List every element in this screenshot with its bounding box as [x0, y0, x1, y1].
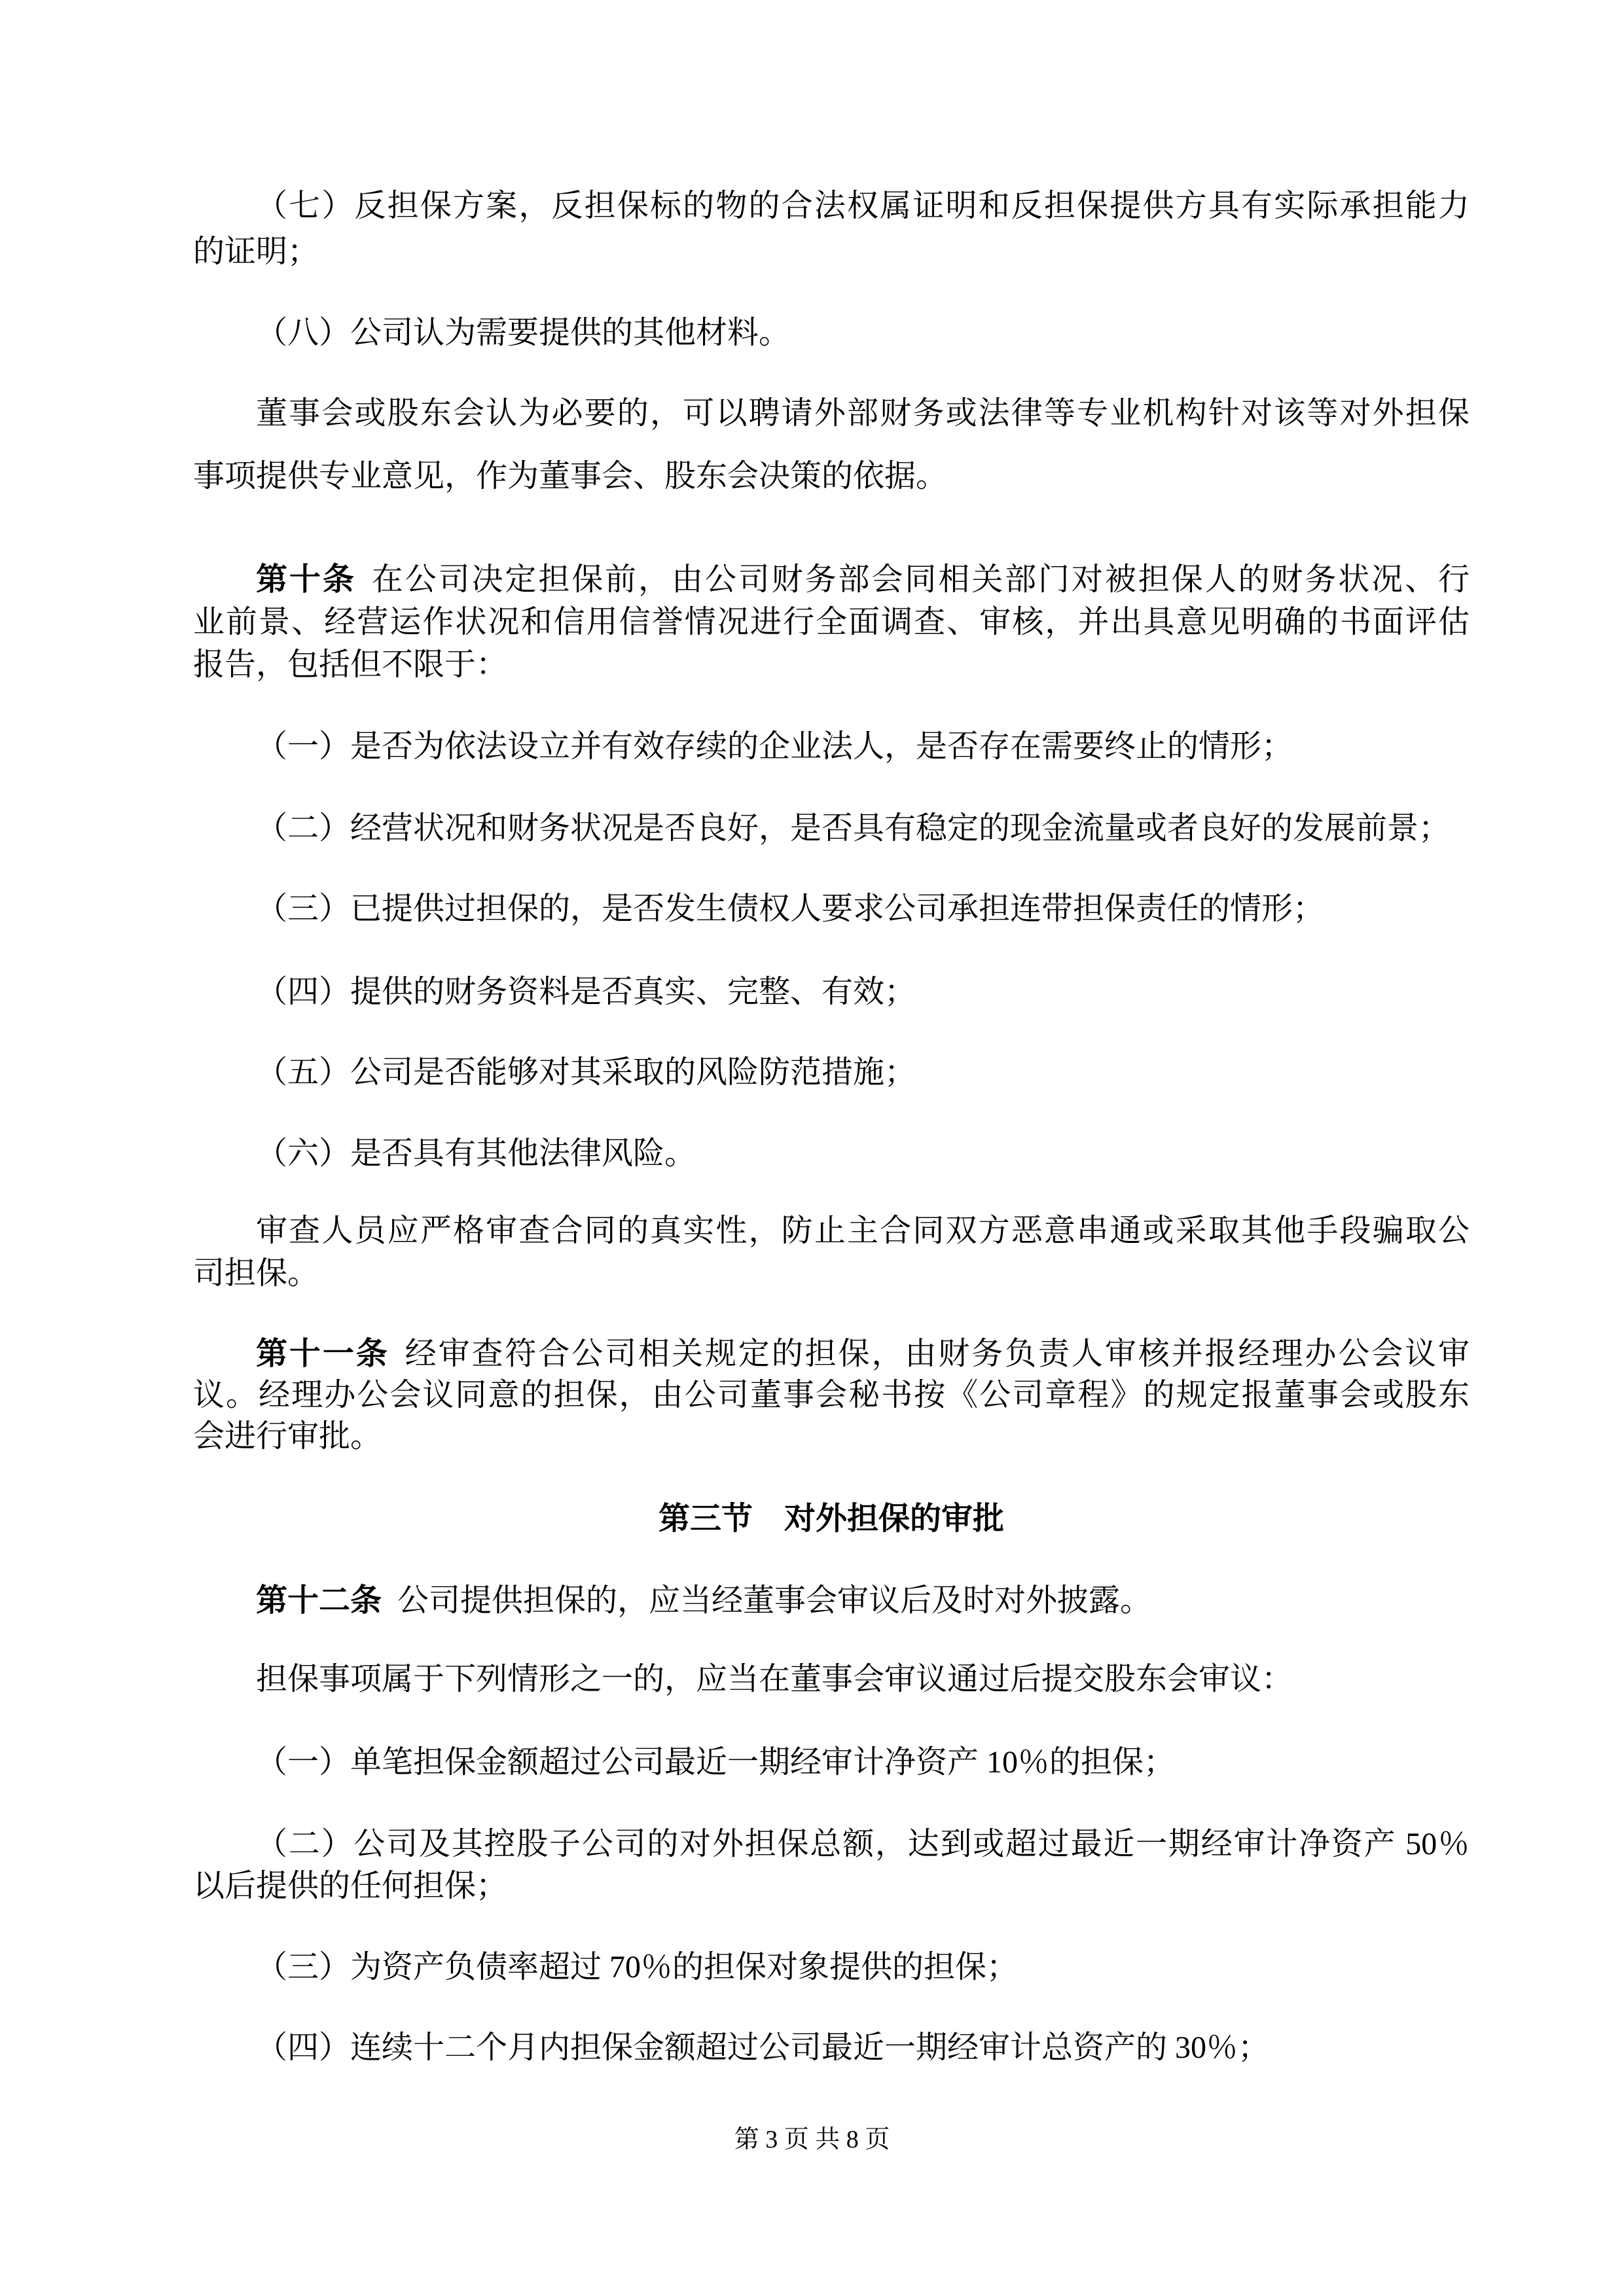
section-heading-text: 第三节 对外担保的审批: [659, 1501, 1004, 1536]
text-line: 第十二条公司提供担保的，应当经董事会审议后及时对外披露。: [193, 1579, 1470, 1622]
text-line: （六）是否具有其他法律风险。: [193, 1132, 1470, 1175]
article-12-text: 公司提供担保的，应当经董事会审议后及时对外披露。: [397, 1583, 1151, 1618]
text-line: （四）连续十二个月内担保金额超过公司最近一期经审计总资产的 30％；: [193, 2026, 1470, 2069]
article-11-paragraph: 第十一条经审查符合公司相关规定的担保，由财务负责人审核并报经理办公会议审 议。经…: [193, 1333, 1470, 1457]
text-line: 董事会或股东会认为必要的，可以聘请外部财务或法律等专业机构针对该等对外担保: [193, 382, 1470, 445]
text-line: 第十一条经审查符合公司相关规定的担保，由财务负责人审核并报经理办公会议审: [193, 1333, 1470, 1374]
text-line: 报告，包括但不限于：: [193, 643, 1470, 686]
text-line: （三）为资产负债率超过 70％的担保对象提供的担保；: [193, 1946, 1470, 1988]
text-line: 业前景、经营运作状况和信用信誉情况进行全面调查、审核，并出具意见明确的书面评估: [193, 601, 1470, 643]
text-line: 担保事项属于下列情形之一的，应当在董事会审议通过后提交股东会审议：: [193, 1658, 1470, 1700]
paragraph-review-staff: 审查人员应严格审查合同的真实性，防止主合同双方恶意串通或采取其他手段骗取公 司担…: [193, 1210, 1470, 1295]
list-item-6: （六）是否具有其他法律风险。: [193, 1132, 1470, 1175]
text-line: （三）已提供过担保的，是否发生债权人要求公司承担连带担保责任的情形；: [193, 888, 1470, 930]
paragraph-board-opinion: 董事会或股东会认为必要的，可以聘请外部财务或法律等专业机构针对该等对外担保 事项…: [193, 382, 1470, 508]
text-line: 第十条在公司决定担保前，由公司财务部会同相关部门对被担保人的财务状况、行: [193, 558, 1470, 601]
list-item-5: （五）公司是否能够对其采取的风险防范措施；: [193, 1051, 1470, 1094]
document-page: （七）反担保方案，反担保标的物的合法权属证明和反担保提供方具有实际承担能力 的证…: [0, 0, 1624, 2296]
text-line: （二）经营状况和财务状况是否良好，是否具有稳定的现金流量或者良好的发展前景；: [193, 807, 1470, 850]
text-line: （七）反担保方案，反担保标的物的合法权属证明和反担保提供方具有实际承担能力: [193, 183, 1470, 229]
text-line: （八）公司认为需要提供的其他材料。: [193, 312, 1470, 354]
article-11-text: 经审查符合公司相关规定的担保，由财务负责人审核并报经理办公会议审: [405, 1336, 1470, 1371]
list-item-4: （四）提供的财务资料是否真实、完整、有效；: [193, 971, 1470, 1013]
article-11-label: 第十一条: [256, 1336, 389, 1371]
page-number-text: 第 3 页 共 8 页: [734, 2126, 890, 2153]
paragraph-item-7: （七）反担保方案，反担保标的物的合法权属证明和反担保提供方具有实际承担能力 的证…: [193, 183, 1470, 275]
case-item-3: （三）为资产负债率超过 70％的担保对象提供的担保；: [193, 1946, 1470, 1988]
text-line: 以后提供的任何担保；: [193, 1865, 1470, 1907]
article-10-paragraph: 第十条在公司决定担保前，由公司财务部会同相关部门对被担保人的财务状况、行 业前景…: [193, 558, 1470, 686]
article-12-label: 第十二条: [256, 1583, 382, 1618]
text-line: 的证明；: [193, 229, 1470, 275]
text-line: 议。经理办公会议同意的担保，由公司董事会秘书按《公司章程》的规定报董事会或股东: [193, 1374, 1470, 1416]
list-item-1: （一）是否为依法设立并有效存续的企业法人，是否存在需要终止的情形；: [193, 725, 1470, 768]
document-body: （七）反担保方案，反担保标的物的合法权属证明和反担保提供方具有实际承担能力 的证…: [193, 183, 1470, 2069]
page-footer: 第 3 页 共 8 页: [0, 2124, 1624, 2155]
section-heading: 第三节 对外担保的审批: [193, 1498, 1470, 1540]
text-line: （一）单笔担保金额超过公司最近一期经审计净资产 10％的担保；: [193, 1741, 1470, 1784]
text-line: 审查人员应严格审查合同的真实性，防止主合同双方恶意串通或采取其他手段骗取公: [193, 1210, 1470, 1252]
text-line: 司担保。: [193, 1252, 1470, 1295]
text-line: 事项提供专业意见，作为董事会、股东会决策的依据。: [193, 445, 1470, 508]
paragraph-guarantee-cases: 担保事项属于下列情形之一的，应当在董事会审议通过后提交股东会审议：: [193, 1658, 1470, 1700]
case-item-4: （四）连续十二个月内担保金额超过公司最近一期经审计总资产的 30％；: [193, 2026, 1470, 2069]
text-line: （五）公司是否能够对其采取的风险防范措施；: [193, 1051, 1470, 1094]
article-10-label: 第十条: [256, 562, 356, 597]
case-item-1: （一）单笔担保金额超过公司最近一期经审计净资产 10％的担保；: [193, 1741, 1470, 1784]
list-item-2: （二）经营状况和财务状况是否良好，是否具有稳定的现金流量或者良好的发展前景；: [193, 807, 1470, 850]
case-item-2: （二）公司及其控股子公司的对外担保总额，达到或超过最近一期经审计净资产 50％ …: [193, 1823, 1470, 1907]
paragraph-item-8: （八）公司认为需要提供的其他材料。: [193, 312, 1470, 354]
article-10-text: 在公司决定担保前，由公司财务部会同相关部门对被担保人的财务状况、行: [372, 562, 1470, 597]
text-line: 会进行审批。: [193, 1416, 1470, 1457]
text-line: （一）是否为依法设立并有效存续的企业法人，是否存在需要终止的情形；: [193, 725, 1470, 768]
text-line: （四）提供的财务资料是否真实、完整、有效；: [193, 971, 1470, 1013]
list-item-3: （三）已提供过担保的，是否发生债权人要求公司承担连带担保责任的情形；: [193, 888, 1470, 930]
article-12-paragraph: 第十二条公司提供担保的，应当经董事会审议后及时对外披露。: [193, 1579, 1470, 1622]
text-line: （二）公司及其控股子公司的对外担保总额，达到或超过最近一期经审计净资产 50％: [193, 1823, 1470, 1865]
